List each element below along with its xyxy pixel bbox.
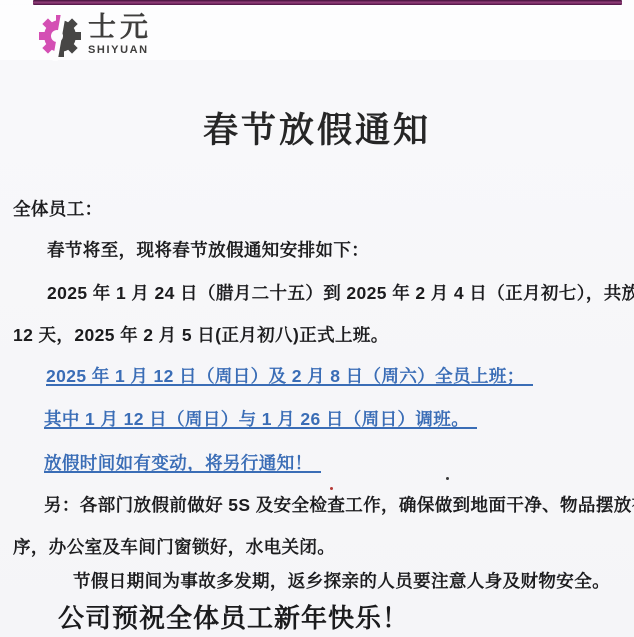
- workday-highlight-line-1: 2025 年 1 月 12 日（周日）及 2 月 8 日（周六）全员上班；: [46, 366, 533, 386]
- scanned-notice-page: 士元 SHIYUAN 春节放假通知 全体员工： 春节将至，现将春节放假通知安排如…: [0, 0, 634, 637]
- holiday-dates-line-1: 2025 年 1 月 24 日（腊月二十五）到 2025 年 2 月 4 日（正…: [47, 283, 634, 303]
- change-notice-highlight-line: 放假时间如有变动，将另行通知！: [44, 453, 321, 473]
- safety-check-line-1: 另：各部门放假前做好 5S 及安全检查工作，确保做到地面干净、物品摆放有: [44, 495, 634, 515]
- gear-icon: [36, 9, 84, 61]
- company-logo: 士元 SHIYUAN: [36, 9, 152, 61]
- company-name-latin: SHIYUAN: [88, 44, 152, 56]
- company-name: 士元: [88, 12, 152, 42]
- top-accent-bar: [33, 0, 622, 5]
- scan-artifact-dark-speck: [446, 477, 449, 480]
- intro-line: 春节将至，现将春节放假通知安排如下：: [47, 240, 369, 260]
- safety-check-line-2: 序，办公室及车间门窗锁好，水电关闭。: [13, 537, 335, 557]
- holiday-dates-line-2: 12 天，2025 年 2 月 5 日(正月初八)正式上班。: [13, 325, 389, 345]
- salutation-line: 全体员工：: [13, 199, 103, 219]
- workday-highlight-line-2: 其中 1 月 12 日（周日）与 1 月 26 日（周日）调班。: [44, 409, 477, 429]
- logo-text: 士元 SHIYUAN: [88, 12, 152, 56]
- scan-artifact-red-speck: [330, 487, 333, 490]
- page-title: 春节放假通知: [0, 103, 634, 153]
- closing-wish-line: 公司预祝全体员工新年快乐！: [58, 603, 409, 633]
- travel-safety-line: 节假日期间为事故多发期，返乡探亲的人员要注意人身及财物安全。: [73, 571, 610, 591]
